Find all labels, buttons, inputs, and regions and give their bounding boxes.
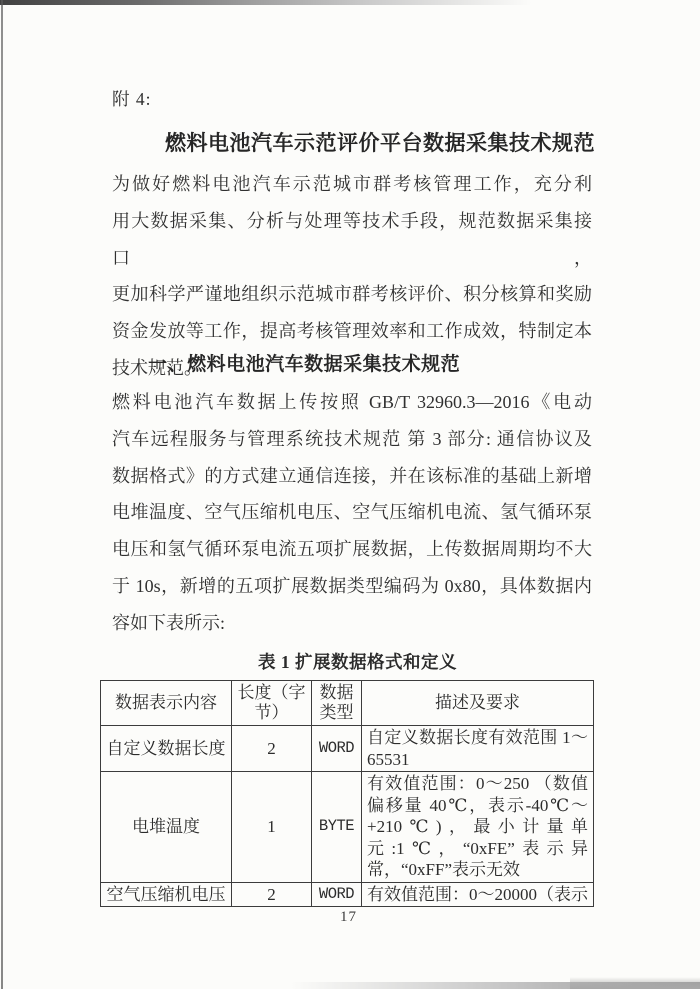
- table-body: 自定义数据长度 2 WORD 自定义数据长度有效范围 1～65531 电堆温度 …: [101, 726, 594, 907]
- scan-artifact-top-edge: [0, 0, 560, 5]
- table-caption: 表 1 扩展数据格式和定义: [100, 649, 593, 674]
- table-row: 空气压缩机电压 2 WORD 有效值范围：0～20000（表示: [101, 882, 594, 907]
- table-row: 电堆温度 1 BYTE 有效值范围：0～250 （数值偏移量 40℃，表示-40…: [101, 772, 594, 883]
- cell-length-bytes: 2: [232, 726, 312, 772]
- page-number: 17: [0, 909, 697, 926]
- document-page: 附 4: 燃料电池汽车示范评价平台数据采集技术规范 为做好燃料电池汽车示范城市群…: [0, 0, 700, 989]
- paragraph-line: 为做好燃料电池汽车示范城市群考核管理工作，充分利: [112, 166, 592, 203]
- extended-data-table: 数据表示内容 长度（字节） 数据类型 描述及要求 自定义数据长度 2 WORD …: [100, 680, 594, 907]
- paragraph-line: 电压和氢气循环泵电流五项扩展数据，上传数据周期均不大: [112, 531, 592, 568]
- cell-data-content: 电堆温度: [101, 772, 232, 883]
- cell-length-bytes: 2: [232, 882, 312, 907]
- attachment-label: 附 4:: [112, 86, 152, 111]
- cell-description: 有效值范围：0～250 （数值偏移量 40℃，表示-40℃～+210℃)，最小计…: [362, 772, 594, 883]
- cell-data-content: 自定义数据长度: [101, 726, 232, 772]
- table-header-row: 数据表示内容 长度（字节） 数据类型 描述及要求: [101, 681, 594, 726]
- scan-artifact-left-edge: [1, 0, 3, 989]
- cell-data-type: WORD: [312, 726, 362, 772]
- body-paragraph: 燃料电池汽车数据上传按照 GB/T 32960.3—2016《电动 汽车远程服务…: [112, 384, 592, 642]
- paragraph-line: 容如下表所示:: [112, 605, 592, 642]
- paragraph-line: 于 10s，新增的五项扩展数据类型编码为 0x80，具体数据内: [112, 568, 592, 605]
- table-header: 数据表示内容 长度（字节） 数据类型 描述及要求: [101, 681, 594, 726]
- document-title: 燃料电池汽车示范评价平台数据采集技术规范: [140, 127, 620, 157]
- paragraph-line: 汽车远程服务与管理系统技术规范 第 3 部分: 通信协议及: [112, 421, 592, 458]
- cell-length-bytes: 1: [232, 772, 312, 883]
- col-header-desc: 描述及要求: [362, 681, 594, 726]
- section-heading: 一、燃料电池汽车数据采集技术规范: [112, 349, 592, 376]
- paragraph-line: 用大数据采集、分析与处理等技术手段，规范数据采集接口，: [112, 203, 592, 277]
- scan-artifact-bottom-right-corner: [570, 977, 700, 989]
- table-row: 自定义数据长度 2 WORD 自定义数据长度有效范围 1～65531: [101, 726, 594, 772]
- cell-data-type: BYTE: [312, 772, 362, 883]
- col-header-type: 数据类型: [312, 681, 362, 726]
- paragraph-line: 更加科学严谨地组织示范城市群考核评价、积分核算和奖励: [112, 276, 592, 313]
- cell-description: 自定义数据长度有效范围 1～65531: [362, 726, 594, 772]
- paragraph-line: 资金发放等工作，提高考核管理效率和工作成效，特制定本: [112, 313, 592, 350]
- col-header-length: 长度（字节）: [232, 681, 312, 726]
- cell-data-type: WORD: [312, 882, 362, 907]
- paragraph-line: 数据格式》的方式建立通信连接，并在该标准的基础上新增: [112, 458, 592, 495]
- paragraph-line: 电堆温度、空气压缩机电压、空气压缩机电流、氢气循环泵: [112, 494, 592, 531]
- col-header-content: 数据表示内容: [101, 681, 232, 726]
- cell-data-content: 空气压缩机电压: [101, 882, 232, 907]
- cell-description: 有效值范围：0～20000（表示: [362, 882, 594, 907]
- paragraph-line: 燃料电池汽车数据上传按照 GB/T 32960.3—2016《电动: [112, 384, 592, 421]
